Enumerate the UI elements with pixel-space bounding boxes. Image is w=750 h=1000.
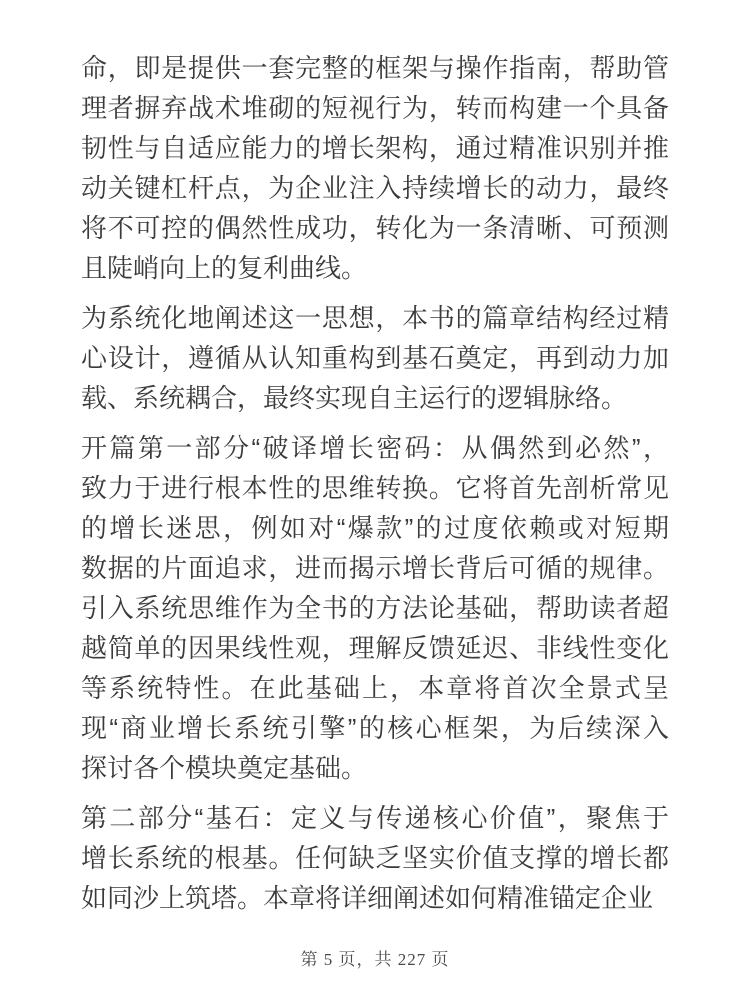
text-line: 韧性与自适应能力的增长架构，通过精准识别并推	[81, 128, 669, 168]
page-number: 第 5 页，共 227 页	[0, 950, 750, 970]
text-line: 引入系统思维作为全书的方法论基础，帮助读者超	[81, 588, 669, 628]
text-line: 数据的片面追求，进而揭示增长背后可循的规律。	[81, 548, 669, 588]
text-line: 的增长迷思，例如对“爆款”的过度依赖或对短期	[81, 508, 669, 548]
text-line: 动关键杠杆点，为企业注入持续增长的动力，最终	[81, 168, 669, 208]
text-line: 探讨各个模块奠定基础。	[81, 748, 669, 788]
paragraph: 为系统化地阐述这一思想，本书的篇章结构经过精心设计，遵循从认知重构到基石奠定，再…	[81, 298, 669, 418]
text-line: 增长系统的根基。任何缺乏坚实价值支撑的增长都	[81, 838, 669, 878]
page-text: 命，即是提供一套完整的框架与操作指南，帮助管理者摒弃战术堆砌的短视行为，转而构建…	[81, 48, 669, 928]
paragraph: 第二部分“基石：定义与传递核心价值”，聚焦于增长系统的根基。任何缺乏坚实价值支撑…	[81, 798, 669, 918]
text-line: 心设计，遵循从认知重构到基石奠定，再到动力加	[81, 338, 669, 378]
text-line: 越简单的因果线性观，理解反馈延迟、非线性变化	[81, 628, 669, 668]
text-line: 且陡峭向上的复利曲线。	[81, 248, 669, 288]
text-line: 第二部分“基石：定义与传递核心价值”，聚焦于	[81, 798, 669, 838]
text-line: 将不可控的偶然性成功，转化为一条清晰、可预测	[81, 208, 669, 248]
text-line: 理者摒弃战术堆砌的短视行为，转而构建一个具备	[81, 88, 669, 128]
text-line: 命，即是提供一套完整的框架与操作指南，帮助管	[81, 48, 669, 88]
text-line: 为系统化地阐述这一思想，本书的篇章结构经过精	[81, 298, 669, 338]
text-line: 致力于进行根本性的思维转换。它将首先剖析常见	[81, 468, 669, 508]
text-line: 载、系统耦合，最终实现自主运行的逻辑脉络。	[81, 378, 669, 418]
text-line: 现“商业增长系统引擎”的核心框架，为后续深入	[81, 708, 669, 748]
paragraph: 开篇第一部分“破译增长密码：从偶然到必然”，致力于进行根本性的思维转换。它将首先…	[81, 428, 669, 788]
paragraph: 命，即是提供一套完整的框架与操作指南，帮助管理者摒弃战术堆砌的短视行为，转而构建…	[81, 48, 669, 288]
document-page: 命，即是提供一套完整的框架与操作指南，帮助管理者摒弃战术堆砌的短视行为，转而构建…	[0, 0, 750, 1000]
text-line: 等系统特性。在此基础上，本章将首次全景式呈	[81, 668, 669, 708]
text-line: 如同沙上筑塔。本章将详细阐述如何精准锚定企业	[81, 878, 669, 918]
text-line: 开篇第一部分“破译增长密码：从偶然到必然”，	[81, 428, 669, 468]
